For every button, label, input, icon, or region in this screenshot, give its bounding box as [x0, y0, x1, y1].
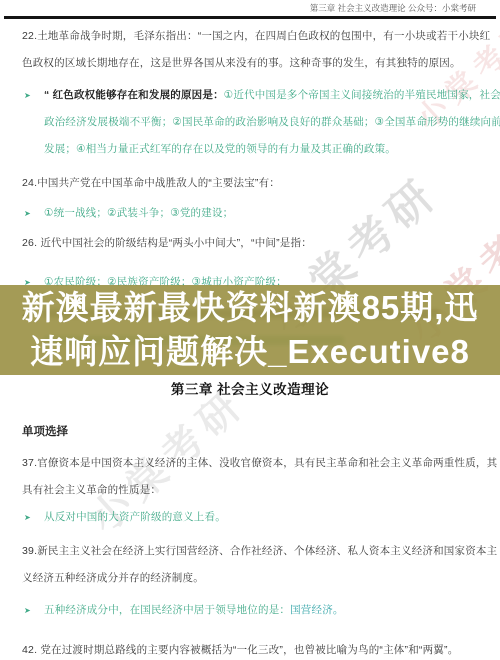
section-subheading: 单项选择 — [22, 424, 478, 440]
answer-arrow-icon: ➤ — [24, 82, 31, 109]
page-header-title: 第三章 社会主义改造理论 公众号：小棠考研 — [0, 0, 500, 14]
answer-bold-text: “ 红色政权能够存在和发展的原因是： — [44, 89, 224, 101]
answer-24: ➤ ①统一战线；②武装斗争；③党的建设； — [22, 200, 478, 227]
question-text: 义经济五种经济成分并存的经济制度。 — [22, 565, 478, 592]
answer-highlight-text: 国营经济。 — [290, 604, 344, 616]
ad-overlay-banner[interactable]: 新澳最新最快资料新澳85期,迅 速响应问题解决_Executive8 — [0, 285, 500, 375]
question-text: 26. 近代中国社会的阶级结构是“两头小中间大”，“中间”是指： — [22, 230, 478, 257]
question-text: 24.中国共产党在中国革命中战胜敌人的“主要法宝”有： — [22, 170, 478, 197]
question-text: 色政权的区域长期地存在，这是世界各国从来没有的事。这种奇事的发生，有其独特的原因… — [22, 50, 478, 77]
answer-text: ①统一战线；②武装斗争；③党的建设； — [44, 200, 478, 227]
answer-text: 发展；④相当力量正式红军的存在以及党的领导的有力量及其正确的政策。 — [44, 136, 478, 163]
answer-39: ➤ 五种经济成分中，在国民经济中居于领导地位的是：国营经济。 — [22, 597, 478, 624]
question-39: 39.新民主主义社会在经济上实行国营经济、合作社经济、个体经济、私人资本主义经济… — [22, 538, 478, 592]
answer-text: 五种经济成分中，在国民经济中居于领导地位的是： — [44, 604, 290, 616]
answer-arrow-icon: ➤ — [24, 504, 31, 531]
answer-text: 从反对中国的大资产阶级的意义上看。 — [44, 504, 478, 531]
question-text: 具有社会主义革命的性质是： — [22, 477, 478, 504]
document-page: 小棠考研 小棠考研 小棠考研 小棠考研 第三章 社会主义改造理论 公众号：小棠考… — [0, 0, 500, 660]
answer-arrow-icon: ➤ — [24, 200, 31, 227]
question-text: 22.土地革命战争时期，毛泽东指出：“一国之内，在四周白色政权的包围中，有一小块… — [22, 23, 478, 50]
question-text: 42. 党在过渡时期总路线的主要内容被概括为“一化三改”，也曾被比喻为鸟的“主体… — [22, 637, 478, 660]
question-text: 37.官僚资本是中国资本主义经济的主体、没收官僚资本，具有民主革命和社会主义革命… — [22, 450, 478, 477]
answer-22: ➤ “ 红色政权能够存在和发展的原因是：①近代中国是多个帝国主义间接统治的半殖民… — [22, 82, 478, 163]
ad-banner-line2: 速响应问题解决_Executive8 — [0, 330, 500, 374]
question-text: 39.新民主主义社会在经济上实行国营经济、合作社经济、个体经济、私人资本主义经济… — [22, 538, 478, 565]
section-title: 第三章 社会主义改造理论 — [22, 380, 478, 400]
question-22: 22.土地革命战争时期，毛泽东指出：“一国之内，在四周白色政权的包围中，有一小块… — [22, 23, 478, 77]
header-divider — [4, 16, 496, 19]
answer-arrow-icon: ➤ — [24, 597, 31, 624]
question-26: 26. 近代中国社会的阶级结构是“两头小中间大”，“中间”是指： — [22, 230, 478, 257]
question-24: 24.中国共产党在中国革命中战胜敌人的“主要法宝”有： — [22, 170, 478, 197]
question-37: 37.官僚资本是中国资本主义经济的主体、没收官僚资本，具有民主革命和社会主义革命… — [22, 450, 478, 504]
answer-text: 政治经济发展极端不平衡；②国民革命的政治影响及良好的群众基础；③全国革命形势的继… — [44, 109, 478, 136]
ad-banner-line1: 新澳最新最快资料新澳85期,迅 — [0, 286, 500, 330]
answer-37: ➤ 从反对中国的大资产阶级的意义上看。 — [22, 504, 478, 531]
answer-text: ①近代中国是多个帝国主义间接统治的半殖民地国家，社会 — [224, 89, 500, 101]
question-42: 42. 党在过渡时期总路线的主要内容被概括为“一化三改”，也曾被比喻为鸟的“主体… — [22, 637, 478, 660]
